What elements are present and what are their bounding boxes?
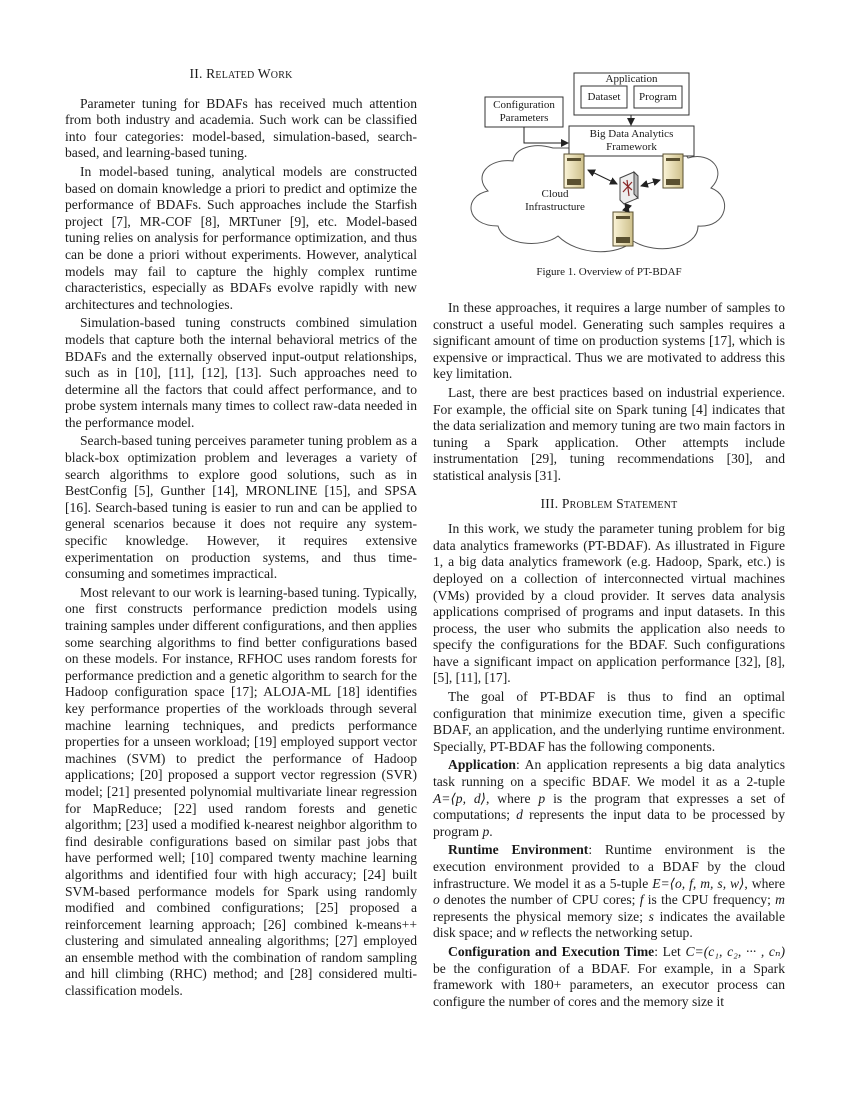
cloud-shape (471, 142, 725, 251)
network-switch-icon (620, 172, 638, 204)
framework-label-1: Big Data Analytics (569, 128, 694, 141)
dataset-label: Dataset (581, 91, 627, 105)
cloud-label-2: Infrastructure (515, 201, 595, 214)
server-icon-bottom (613, 212, 633, 246)
paragraph: Most relevant to our work is learning-ba… (65, 585, 417, 1000)
paragraph: In this work, we study the parameter tun… (433, 521, 785, 687)
term-configuration-execution-time: Configuration and Execution Time (448, 944, 654, 959)
figure-1-overview-diagram: Application Dataset Program Configuratio… (433, 66, 785, 286)
program-label: Program (634, 91, 682, 105)
left-column: II. Related Work Parameter tuning for BD… (65, 66, 417, 1000)
paragraph: Simulation-based tuning constructs combi… (65, 315, 417, 431)
server-icon-left (564, 154, 584, 188)
paragraph: Parameter tuning for BDAFs has received … (65, 96, 417, 162)
section-heading-problem-statement: III. Problem Statement (433, 496, 785, 513)
configuration-definition: Configuration and Execution Time: Let C=… (433, 944, 785, 1010)
paragraph: Search-based tuning perceives parameter … (65, 433, 417, 582)
runtime-environment-definition: Runtime Environment: Runtime environment… (433, 842, 785, 942)
config-params-label-2: Parameters (485, 112, 563, 125)
application-label: Application (574, 73, 689, 87)
term-application: Application (448, 757, 516, 772)
paragraph: The goal of PT-BDAF is thus to find an o… (433, 689, 785, 755)
config-params-label-1: Configuration (485, 99, 563, 112)
cloud-label-1: Cloud (515, 188, 595, 201)
application-definition: Application: An application represents a… (433, 757, 785, 840)
section-heading-related-work: II. Related Work (65, 66, 417, 83)
term-runtime-environment: Runtime Environment (448, 842, 588, 857)
paragraph: In model-based tuning, analytical models… (65, 164, 417, 313)
right-column: Application Dataset Program Configuratio… (433, 66, 785, 1010)
paragraph: In these approaches, it requires a large… (433, 300, 785, 383)
server-icon-right (663, 154, 683, 188)
figure-caption: Figure 1. Overview of PT-BDAF (433, 264, 785, 281)
paragraph: Last, there are best practices based on … (433, 385, 785, 485)
framework-label-2: Framework (569, 141, 694, 154)
